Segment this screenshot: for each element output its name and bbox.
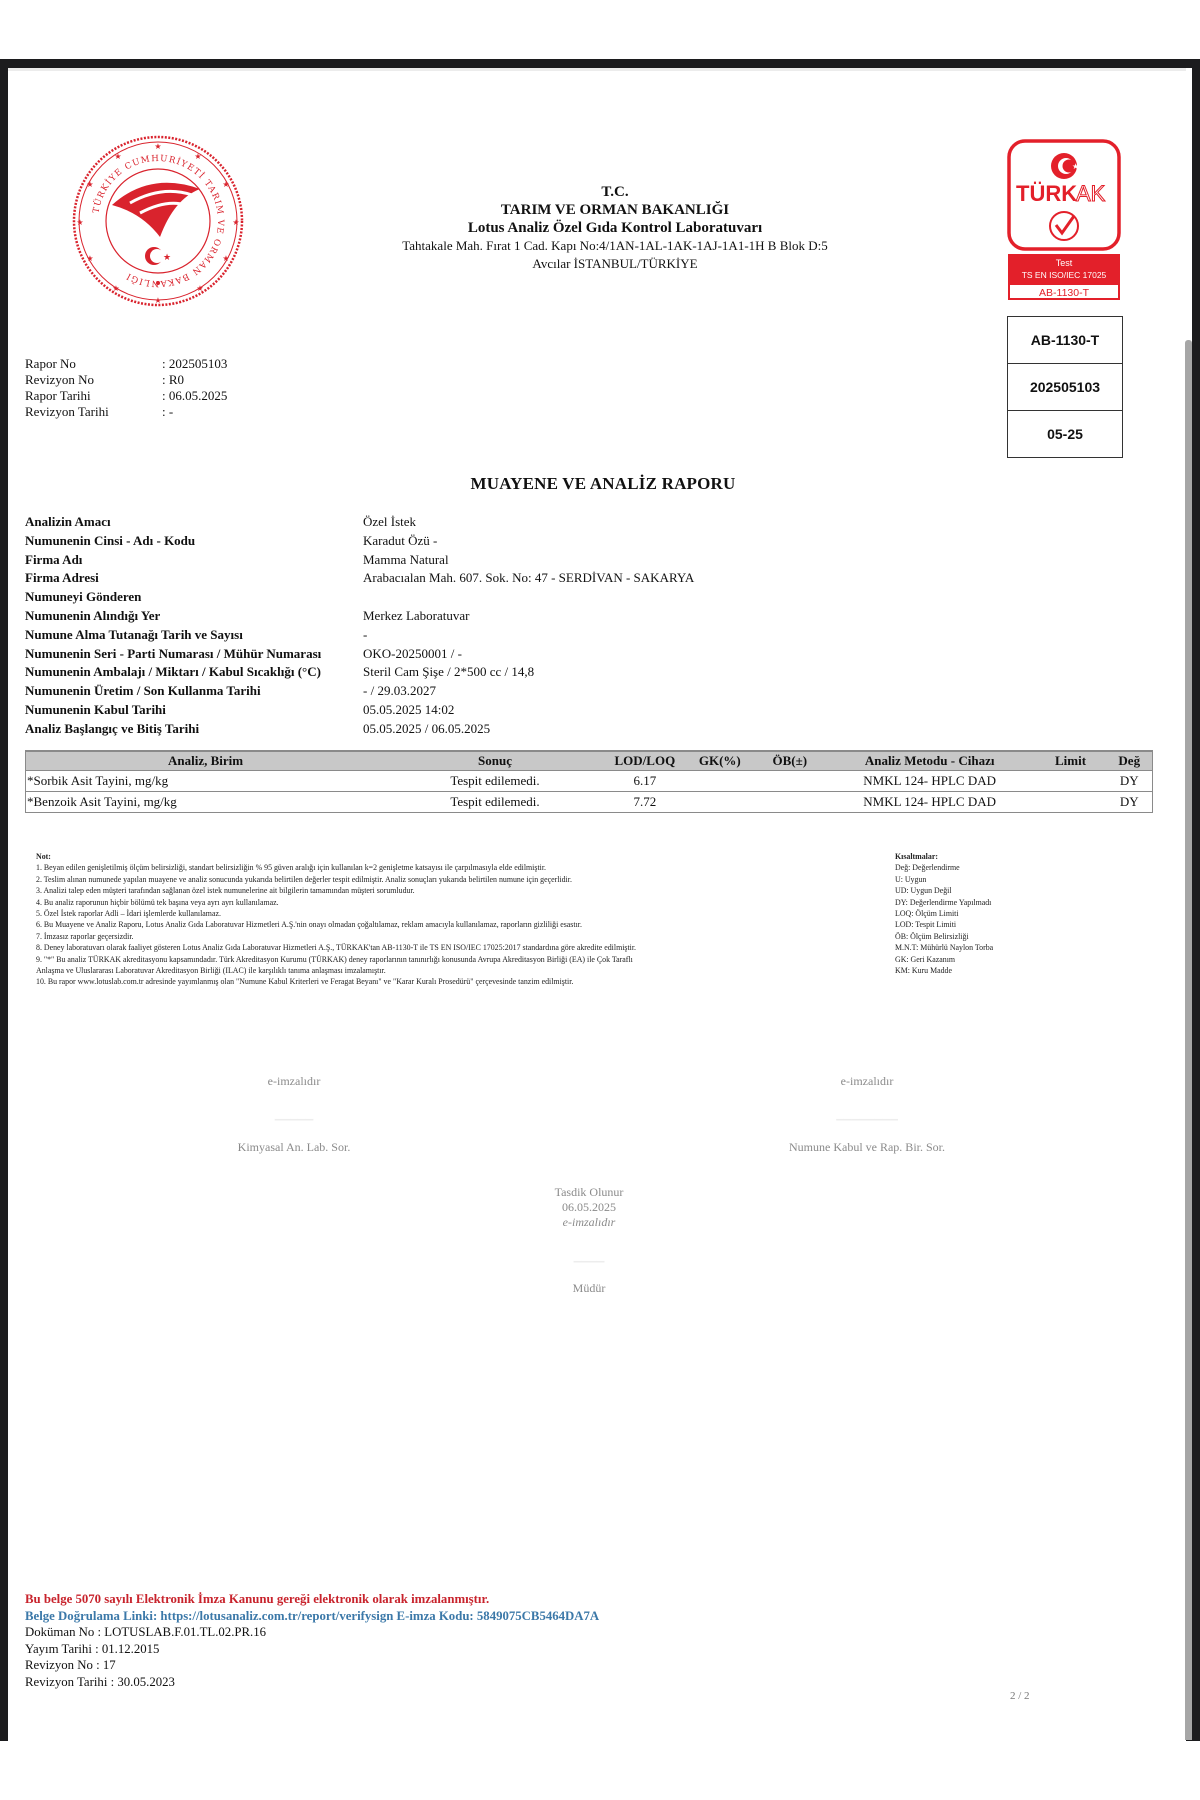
column-header: Limit [1035, 751, 1107, 771]
right-signature-name: ▁▁▁▁▁▁▁▁ [767, 1110, 967, 1121]
info-label: Numune Alma Tutanağı Tarih ve Sayısı [25, 626, 363, 645]
verification-link[interactable]: Belge Doğrulama Linki: https://lotusanal… [25, 1608, 599, 1625]
left-signature-role: Kimyasal An. Lab. Sor. [194, 1140, 394, 1155]
report-number-code: 202505103 [1008, 364, 1122, 411]
cell-method: NMKL 124- HPLC DAD [825, 771, 1035, 792]
scrollbar-thumb[interactable] [1185, 340, 1192, 1740]
meta-value: : - [162, 404, 173, 420]
institution-header: T.C. TARIM VE ORMAN BAKANLIĞI Lotus Anal… [300, 183, 930, 273]
column-header: GK(%) [685, 751, 755, 771]
revision-number: Revizyon No : 17 [25, 1657, 599, 1674]
info-value: Mamma Natural [363, 551, 449, 570]
cell-lod-loq: 6.17 [605, 771, 685, 792]
svg-text:Test: Test [1056, 258, 1073, 268]
note-item: 9. "*" Bu analiz TÜRKAK akreditasyonu ka… [36, 954, 856, 965]
info-label: Numunenin Ambalajı / Miktarı / Kabul Sıc… [25, 663, 363, 682]
info-label: Firma Adresi [25, 569, 363, 588]
svg-text:AK: AK [1076, 181, 1106, 206]
cell-result: Tespit edilemedi. [385, 771, 605, 792]
header-address: Tahtakale Mah. Fırat 1 Cad. Kapı No:4/1A… [300, 237, 930, 255]
info-value: Merkez Laboratuvar [363, 607, 469, 626]
approval-status: e-imzalıdır [489, 1215, 689, 1230]
column-header: Analiz, Birim [26, 751, 386, 771]
info-label: Numuneyi Gönderen [25, 588, 363, 607]
cell-result: Tespit edilemedi. [385, 792, 605, 813]
info-value: Karadut Özü - [363, 532, 437, 551]
column-header: ÖB(±) [755, 751, 825, 771]
left-signature-status: e-imzalıdır [194, 1074, 394, 1089]
note-item: 8. Deney laboratuvarı olarak faaliyet gö… [36, 942, 856, 953]
column-header: Sonuç [385, 751, 605, 771]
left-signature-name: ▁▁▁▁▁ [214, 1110, 374, 1121]
svg-text:★: ★ [163, 253, 171, 263]
abbreviation-item: M.N.T: Mühürlü Naylon Torba [895, 942, 993, 953]
info-label: Numunenin Üretim / Son Kullanma Tarihi [25, 682, 363, 701]
abbreviation-item: LOQ: Ölçüm Limiti [895, 908, 993, 919]
svg-text:TÜRK: TÜRK [1016, 181, 1077, 206]
svg-text:★: ★ [114, 152, 121, 161]
header-city: Avcılar İSTANBUL/TÜRKİYE [300, 255, 930, 273]
e-signature-notice: Bu belge 5070 sayılı Elektronik İmza Kan… [25, 1591, 599, 1608]
note-item: 3. Analizi talep eden müşteri tarafından… [36, 885, 856, 896]
column-header: Değ [1107, 751, 1153, 771]
abbreviation-item: U: Uygun [895, 874, 993, 885]
director-role: Müdür [489, 1281, 689, 1296]
report-meta: Rapor No: 202505103 Revizyon No: R0 Rapo… [25, 356, 227, 420]
info-value: Steril Cam Şişe / 2*500 cc / 14,8 [363, 663, 534, 682]
column-header: LOD/LOQ [605, 751, 685, 771]
svg-text:AB-1130-T: AB-1130-T [1039, 287, 1090, 299]
note-item: 10. Bu rapor www.lotuslab.com.tr adresin… [36, 976, 856, 987]
svg-text:★: ★ [1072, 162, 1079, 171]
table-row: *Sorbik Asit Tayini, mg/kg Tespit edilem… [26, 771, 1153, 792]
svg-text:★: ★ [86, 180, 93, 189]
svg-text:★: ★ [196, 284, 203, 293]
meta-value: : R0 [162, 372, 184, 388]
accreditation-code: AB-1130-T [1008, 317, 1122, 364]
abbreviation-item: LOD: Tespit Limiti [895, 919, 993, 930]
svg-text:★: ★ [154, 296, 161, 305]
abbreviations-section: Kısaltmalar: Değ: Değerlendirme U: Uygun… [895, 851, 993, 976]
right-signature-status: e-imzalıdır [767, 1074, 967, 1089]
approval-label: Tasdik Olunur [489, 1185, 689, 1200]
meta-value: : 06.05.2025 [162, 388, 227, 404]
notes-section: Not: 1. Beyan edilen genişletilmiş ölçüm… [36, 851, 856, 988]
table-row: *Benzoik Asit Tayini, mg/kg Tespit edile… [26, 792, 1153, 813]
header-country: T.C. [300, 183, 930, 201]
svg-text:★: ★ [222, 180, 229, 189]
meta-label: Rapor No [25, 356, 162, 372]
svg-text:TS EN ISO/IEC 17025: TS EN ISO/IEC 17025 [1022, 270, 1107, 280]
header-ministry: TARIM VE ORMAN BAKANLIĞI [300, 201, 930, 219]
info-value: Özel İstek [363, 513, 416, 532]
cell-ob [755, 771, 825, 792]
abbreviations-heading: Kısaltmalar: [895, 851, 993, 862]
cell-method: NMKL 124- HPLC DAD [825, 792, 1035, 813]
cell-gk [685, 771, 755, 792]
ministry-seal-icon: ★ ★ ★ ★ ★ ★ ★ ★ ★ ★ ★ ★ TÜRKİYE CUMHURİY… [70, 133, 246, 309]
svg-text:★: ★ [232, 218, 239, 227]
info-value: 05.05.2025 / 06.05.2025 [363, 720, 490, 739]
info-value: OKO-20250001 / - [363, 645, 462, 664]
cell-ob [755, 792, 825, 813]
notes-heading: Not: [36, 851, 856, 862]
cell-analysis: *Sorbik Asit Tayini, mg/kg [26, 771, 386, 792]
cell-evaluation: DY [1107, 771, 1153, 792]
note-item: 6. Bu Muayene ve Analiz Raporu, Lotus An… [36, 919, 856, 930]
director-name: ▁▁▁▁ [539, 1252, 639, 1263]
note-item: Anlaşma ve Uluslararası Laboratuvar Akre… [36, 965, 856, 976]
info-label: Numunenin Cinsi - Adı - Kodu [25, 532, 363, 551]
cell-limit [1035, 771, 1107, 792]
document-number: Doküman No : LOTUSLAB.F.01.TL.02.PR.16 [25, 1624, 599, 1641]
abbreviation-item: ÖB: Ölçüm Belirsizliği [895, 931, 993, 942]
abbreviation-item: UD: Uygun Değil [895, 885, 993, 896]
column-header: Analiz Metodu - Cihazı [825, 751, 1035, 771]
cell-lod-loq: 7.72 [605, 792, 685, 813]
meta-label: Revizyon Tarihi [25, 404, 162, 420]
svg-text:★: ★ [222, 254, 229, 263]
svg-text:★: ★ [154, 142, 161, 151]
turkak-accreditation-logo-icon: ★ TÜRK AK Test TS EN ISO/IEC 17025 AB-11… [1006, 138, 1122, 302]
publish-date: Yayım Tarihi : 01.12.2015 [25, 1641, 599, 1658]
info-value: 05.05.2025 14:02 [363, 701, 454, 720]
table-header-row: Analiz, Birim Sonuç LOD/LOQ GK(%) ÖB(±) … [26, 751, 1153, 771]
abbreviation-item: DY: Değerlendirme Yapılmadı [895, 897, 993, 908]
svg-text:★: ★ [86, 254, 93, 263]
meta-label: Rapor Tarihi [25, 388, 162, 404]
note-item: 4. Bu analiz raporunun hiçbir bölümü tek… [36, 897, 856, 908]
results-table: Analiz, Birim Sonuç LOD/LOQ GK(%) ÖB(±) … [25, 750, 1153, 813]
info-value: Arabacıalan Mah. 607. Sok. No: 47 - SERD… [363, 569, 694, 588]
revision-date: Revizyon Tarihi : 30.05.2023 [25, 1674, 599, 1691]
report-period-code: 05-25 [1008, 411, 1122, 457]
report-title: MUAYENE VE ANALİZ RAPORU [0, 474, 1200, 494]
svg-text:★: ★ [112, 284, 119, 293]
right-signature-role: Numune Kabul ve Rap. Bir. Sor. [737, 1140, 997, 1155]
info-label: Numunenin Seri - Parti Numarası / Mühür … [25, 645, 363, 664]
report-code-box: AB-1130-T 202505103 05-25 [1007, 316, 1123, 458]
note-item: 1. Beyan edilen genişletilmiş ölçüm beli… [36, 862, 856, 873]
abbreviation-item: GK: Geri Kazanım [895, 954, 993, 965]
info-label: Firma Adı [25, 551, 363, 570]
info-label: Numunenin Alındığı Yer [25, 607, 363, 626]
abbreviation-item: Değ: Değerlendirme [895, 862, 993, 873]
page-number: 2 / 2 [1010, 1690, 1030, 1702]
header-lab-name: Lotus Analiz Özel Gıda Kontrol Laboratuv… [300, 219, 930, 237]
info-label: Analiz Başlangıç ve Bitiş Tarihi [25, 720, 363, 739]
cell-evaluation: DY [1107, 792, 1153, 813]
note-item: 2. Teslim alınan numunede yapılan muayen… [36, 874, 856, 885]
sample-info: Analizin AmacıÖzel İstek Numunenin Cinsi… [25, 513, 694, 739]
cell-limit [1035, 792, 1107, 813]
info-value: - [363, 626, 367, 645]
abbreviation-item: KM: Kuru Madde [895, 965, 993, 976]
meta-label: Revizyon No [25, 372, 162, 388]
note-item: 7. İmzasız raporlar geçersizdir. [36, 931, 856, 942]
info-label: Numunenin Kabul Tarihi [25, 701, 363, 720]
svg-text:★: ★ [76, 218, 83, 227]
info-label: Analizin Amacı [25, 513, 363, 532]
svg-text:★: ★ [194, 152, 201, 161]
approval-date: 06.05.2025 [489, 1200, 689, 1215]
meta-value: : 202505103 [162, 356, 227, 372]
cell-gk [685, 792, 755, 813]
director-approval: Tasdik Olunur 06.05.2025 e-imzalıdır [489, 1185, 689, 1230]
document-footer: Bu belge 5070 sayılı Elektronik İmza Kan… [25, 1591, 599, 1690]
cell-analysis: *Benzoik Asit Tayini, mg/kg [26, 792, 386, 813]
note-item: 5. Özel İstek raporlar Adli – İdari işle… [36, 908, 856, 919]
info-value: - / 29.03.2027 [363, 682, 436, 701]
